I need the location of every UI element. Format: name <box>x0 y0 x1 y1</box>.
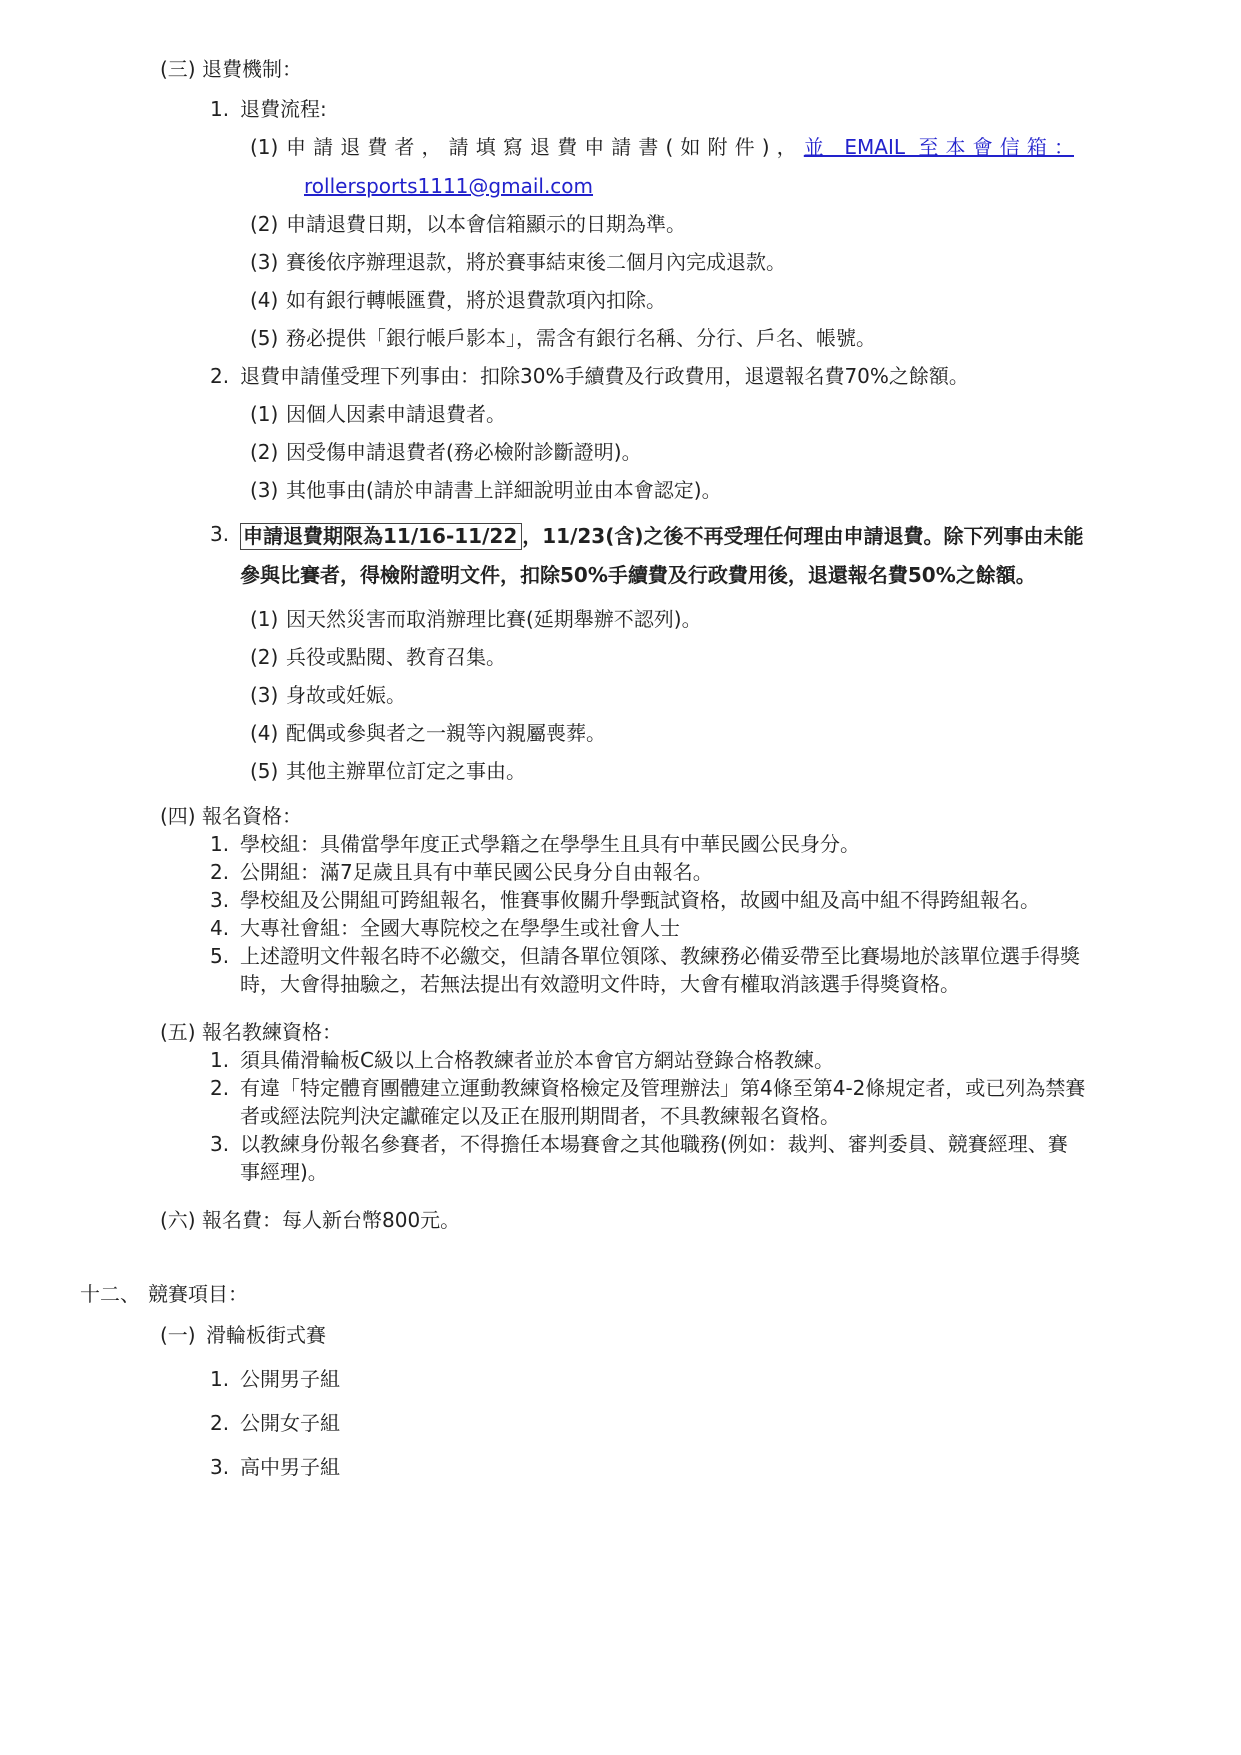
deadline-exception-row: (5) 其他主辦單位訂定之事由。 <box>250 758 1241 785</box>
section-heading: 十二、 競賽項目： <box>80 1280 1241 1308</box>
deadline-text: 申請退費期限為11/16-11/22，11/23(含)之後不再受理任何理由申請退… <box>240 517 1092 595</box>
email-line: rollersports1111@gmail.com <box>304 173 1074 200</box>
list-number: 2. <box>210 363 240 390</box>
list-item-text: 上述證明文件報名時不必繳交，但請各單位領隊、教練務必備妥帶至比賽場地於該單位選手… <box>240 942 1086 998</box>
coach-item-row: 2. 有違「特定體育團體建立運動教練資格檢定及管理辦法」第4條至第4-2條規定者… <box>210 1074 1241 1130</box>
list-number: 2. <box>210 858 240 886</box>
list-number: 1. <box>210 830 240 858</box>
list-item-text: 兵役或點閱、教育召集。 <box>286 644 506 671</box>
section-eligibility: (四) 報名資格： 1. 學校組：具備當學年度正式學籍之在學學生且具有中華民國公… <box>160 802 1241 998</box>
list-item-text: 公開組：滿7足歲且具有中華民國公民身分自由報名。 <box>240 858 1086 886</box>
list-item-text: 因天然災害而取消辦理比賽(延期舉辦不認列)。 <box>286 606 702 633</box>
refund-flow-heading: 1. 退費流程: <box>210 96 1241 123</box>
list-item-text: 其他事由(請於申請書上詳細說明並由本會認定)。 <box>286 477 722 504</box>
eligibility-item-row: 3. 學校組及公開組可跨組報名，惟賽事攸關升學甄試資格，故國中組及高中組不得跨組… <box>210 886 1241 914</box>
list-item-text: 務必提供「銀行帳戶影本」，需含有銀行名稱、分行、戶名、帳號。 <box>286 325 876 352</box>
list-number: (3) <box>250 477 286 504</box>
refund-reason-row: (1) 因個人因素申請退費者。 <box>250 401 1241 428</box>
section-refund-mechanism: (三) 退費機制： 1. 退費流程: (1) 申請退費者，請填寫退費申請書(如附… <box>0 56 1241 785</box>
list-number: (4) <box>250 287 286 314</box>
list-item-text: 公開男子組 <box>240 1366 340 1393</box>
section-label: (三) <box>160 56 202 83</box>
category-label: (一) <box>160 1321 206 1349</box>
list-number: (4) <box>250 720 286 747</box>
refund-step-line: 申請退費者，請填寫退費申請書(如附件)，並 EMAIL 至本會信箱： <box>286 134 1074 161</box>
coach-item-row: 3. 以教練身份報名參賽者，不得擔任本場賽會之其他職務(例如：裁判、審判委員、競… <box>210 1130 1241 1186</box>
email-address-link[interactable]: rollersports1111@gmail.com <box>304 174 593 198</box>
list-number: 2. <box>210 1074 240 1102</box>
refund-reason-row: (2) 因受傷申請退費者(務必檢附診斷證明)。 <box>250 439 1241 466</box>
list-number: 4. <box>210 914 240 942</box>
list-item-text: 因個人因素申請退費者。 <box>286 401 506 428</box>
category-title: 滑輪板街式賽 <box>206 1321 326 1349</box>
deadline-exception-row: (3) 身故或妊娠。 <box>250 682 1241 709</box>
event-item-row: 1. 公開男子組 <box>210 1366 1241 1393</box>
section-heading: (三) 退費機制： <box>160 56 1241 83</box>
section-heading: (四) 報名資格： <box>160 802 1241 830</box>
list-item-text: 大專社會組：全國大專院校之在學學生或社會人士 <box>240 914 1086 942</box>
list-number: (1) <box>250 134 286 161</box>
list-item-text: 申請退費者，請填寫退費申請書(如附件)， <box>286 135 804 159</box>
list-item-text: 以教練身份報名參賽者，不得擔任本場賽會之其他職務(例如：裁判、審判委員、競賽經理… <box>240 1130 1086 1186</box>
refund-step-row: (5) 務必提供「銀行帳戶影本」，需含有銀行名稱、分行、戶名、帳號。 <box>250 325 1241 352</box>
fee-text: 報名費：每人新台幣800元。 <box>202 1206 460 1234</box>
list-item-text: 如有銀行轉帳匯費，將於退費款項內扣除。 <box>286 287 666 314</box>
list-number: (5) <box>250 325 286 352</box>
list-item-text: 其他主辦單位訂定之事由。 <box>286 758 526 785</box>
list-number: 3. <box>210 886 240 914</box>
refund-step-row: (2) 申請退費日期，以本會信箱顯示的日期為準。 <box>250 211 1241 238</box>
email-instruction-link[interactable]: 並 EMAIL 至本會信箱： <box>804 135 1074 159</box>
deadline-boxed-text: 申請退費期限為11/16-11/22 <box>240 523 522 550</box>
section-title: 競賽項目： <box>148 1280 248 1308</box>
list-item-text: 配偶或參與者之一親等內親屬喪葬。 <box>286 720 606 747</box>
section-coach-eligibility: (五) 報名教練資格： 1. 須具備滑輪板C級以上合格教練者並於本會官方網站登錄… <box>160 1018 1241 1186</box>
section-title: 報名資格： <box>202 802 302 830</box>
eligibility-item-row: 1. 學校組：具備當學年度正式學籍之在學學生且具有中華民國公民身分。 <box>210 830 1241 858</box>
section-fee: (六) 報名費：每人新台幣800元。 <box>160 1206 1241 1234</box>
coach-item-row: 1. 須具備滑輪板C級以上合格教練者並於本會官方網站登錄合格教練。 <box>210 1046 1241 1074</box>
section-label: (五) <box>160 1018 202 1046</box>
list-number: 5. <box>210 942 240 970</box>
list-item-text: 身故或妊娠。 <box>286 682 406 709</box>
refund-step-row: (4) 如有銀行轉帳匯費，將於退費款項內扣除。 <box>250 287 1241 314</box>
section-number: 十二、 <box>80 1280 148 1308</box>
event-category-row: (一) 滑輪板街式賽 <box>160 1321 1241 1349</box>
event-item-row: 2. 公開女子組 <box>210 1410 1241 1437</box>
section-label: (四) <box>160 802 202 830</box>
section-title: 報名教練資格： <box>202 1018 342 1046</box>
section-heading: (五) 報名教練資格： <box>160 1018 1241 1046</box>
list-number: (2) <box>250 644 286 671</box>
list-number: 3. <box>210 1130 240 1158</box>
list-number: (5) <box>250 758 286 785</box>
list-number: 1. <box>210 1046 240 1074</box>
list-number: 1. <box>210 96 240 123</box>
list-number: (3) <box>250 682 286 709</box>
list-item-text: 退費申請僅受理下列事由：扣除30%手續費及行政費用，退還報名費70%之餘額。 <box>240 363 969 390</box>
list-item-text: 有違「特定體育團體建立運動教練資格檢定及管理辦法」第4條至第4-2條規定者，或已… <box>240 1074 1086 1130</box>
list-number: 3. <box>210 1454 240 1481</box>
list-item-text: 須具備滑輪板C級以上合格教練者並於本會官方網站登錄合格教練。 <box>240 1046 1086 1074</box>
deadline-exception-row: (4) 配偶或參與者之一親等內親屬喪葬。 <box>250 720 1241 747</box>
eligibility-item-row: 5. 上述證明文件報名時不必繳交，但請各單位領隊、教練務必備妥帶至比賽場地於該單… <box>210 942 1241 998</box>
section-label: (六) <box>160 1206 202 1234</box>
refund-step-body: 申請退費者，請填寫退費申請書(如附件)，並 EMAIL 至本會信箱： rolle… <box>286 134 1074 200</box>
list-item-text: 公開女子組 <box>240 1410 340 1437</box>
list-number: (1) <box>250 401 286 428</box>
section-heading: (六) 報名費：每人新台幣800元。 <box>160 1206 1241 1234</box>
eligibility-item-row: 2. 公開組：滿7足歲且具有中華民國公民身分自由報名。 <box>210 858 1241 886</box>
list-number: (2) <box>250 211 286 238</box>
list-number: 3. <box>210 515 240 554</box>
section-events: 十二、 競賽項目： (一) 滑輪板街式賽 1. 公開男子組 2. 公開女子組 3… <box>0 1280 1241 1481</box>
list-number: (2) <box>250 439 286 466</box>
list-item-text: 學校組：具備當學年度正式學籍之在學學生且具有中華民國公民身分。 <box>240 830 1086 858</box>
refund-step-row: (1) 申請退費者，請填寫退費申請書(如附件)，並 EMAIL 至本會信箱： r… <box>250 134 1241 200</box>
list-item-text: 因受傷申請退費者(務必檢附診斷證明)。 <box>286 439 642 466</box>
document-page: (三) 退費機制： 1. 退費流程: (1) 申請退費者，請填寫退費申請書(如附… <box>0 0 1241 1481</box>
refund-deadline-paragraph: 3. 申請退費期限為11/16-11/22，11/23(含)之後不再受理任何理由… <box>210 515 1241 595</box>
deadline-exception-row: (1) 因天然災害而取消辦理比賽(延期舉辦不認列)。 <box>250 606 1241 633</box>
list-item-text: 申請退費日期，以本會信箱顯示的日期為準。 <box>286 211 686 238</box>
list-item-text: 賽後依序辦理退款，將於賽事結束後二個月內完成退款。 <box>286 249 786 276</box>
list-number: 2. <box>210 1410 240 1437</box>
eligibility-item-row: 4. 大專社會組：全國大專院校之在學學生或社會人士 <box>210 914 1241 942</box>
list-number: 1. <box>210 1366 240 1393</box>
list-item-text: 學校組及公開組可跨組報名，惟賽事攸關升學甄試資格，故國中組及高中組不得跨組報名。 <box>240 886 1086 914</box>
section-title: 退費機制： <box>202 56 302 83</box>
list-item-text: 退費流程: <box>240 96 327 123</box>
refund-reasons-heading: 2. 退費申請僅受理下列事由：扣除30%手續費及行政費用，退還報名費70%之餘額… <box>210 363 1241 390</box>
list-number: (1) <box>250 606 286 633</box>
refund-step-row: (3) 賽後依序辦理退款，將於賽事結束後二個月內完成退款。 <box>250 249 1241 276</box>
list-number: (3) <box>250 249 286 276</box>
deadline-exception-row: (2) 兵役或點閱、教育召集。 <box>250 644 1241 671</box>
list-item-text: 高中男子組 <box>240 1454 340 1481</box>
refund-reason-row: (3) 其他事由(請於申請書上詳細說明並由本會認定)。 <box>250 477 1241 504</box>
event-item-row: 3. 高中男子組 <box>210 1454 1241 1481</box>
